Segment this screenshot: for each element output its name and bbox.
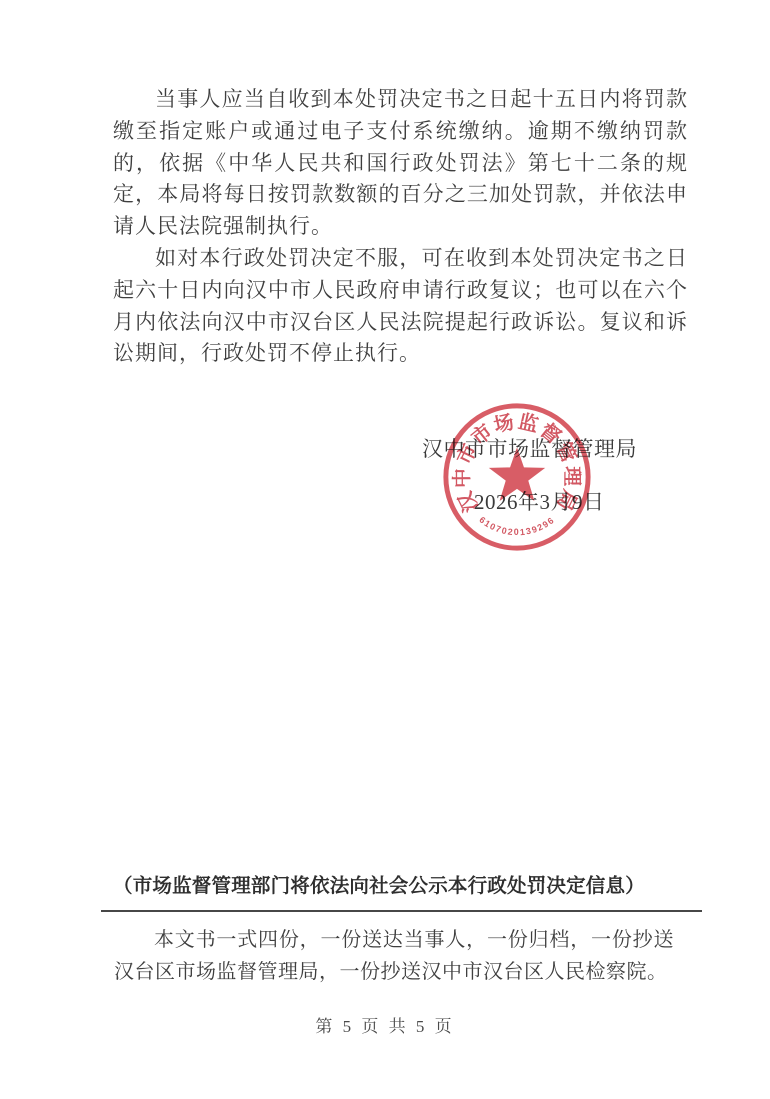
distribution-note-block: 本文书一式四份，一份送达当事人，一份归档，一份抄送汉台区市场监督管理局，一份抄送… — [114, 924, 674, 988]
seal-star-icon — [489, 447, 545, 501]
paragraph-payment-terms: 当事人应当自收到本处罚决定书之日起十五日内将罚款缴至指定账户或通过电子支付系统缴… — [113, 84, 688, 243]
public-disclosure-note: （市场监督管理部门将依法向社会公示本行政处罚决定信息） — [113, 870, 673, 898]
seal-code-label: 6107020139296 — [477, 515, 556, 538]
document-page: 当事人应当自收到本处罚决定书之日起十五日内将罚款缴至指定账户或通过电子支付系统缴… — [0, 0, 770, 1099]
distribution-note-text: 本文书一式四份，一份送达当事人，一份归档，一份抄送汉台区市场监督管理局，一份抄送… — [114, 924, 674, 988]
body-text-block: 当事人应当自收到本处罚决定书之日起十五日内将罚款缴至指定账户或通过电子支付系统缴… — [113, 84, 688, 370]
footer-divider-line — [101, 910, 702, 912]
official-seal: 汉中市市场监督管理局 6107020139296 — [436, 396, 598, 558]
page-number: 第 5 页 共 5 页 — [0, 1012, 770, 1037]
paragraph-appeal-rights: 如对本行政处罚决定不服，可在收到本处罚决定书之日起六十日内向汉中市人民政府申请行… — [113, 243, 688, 370]
